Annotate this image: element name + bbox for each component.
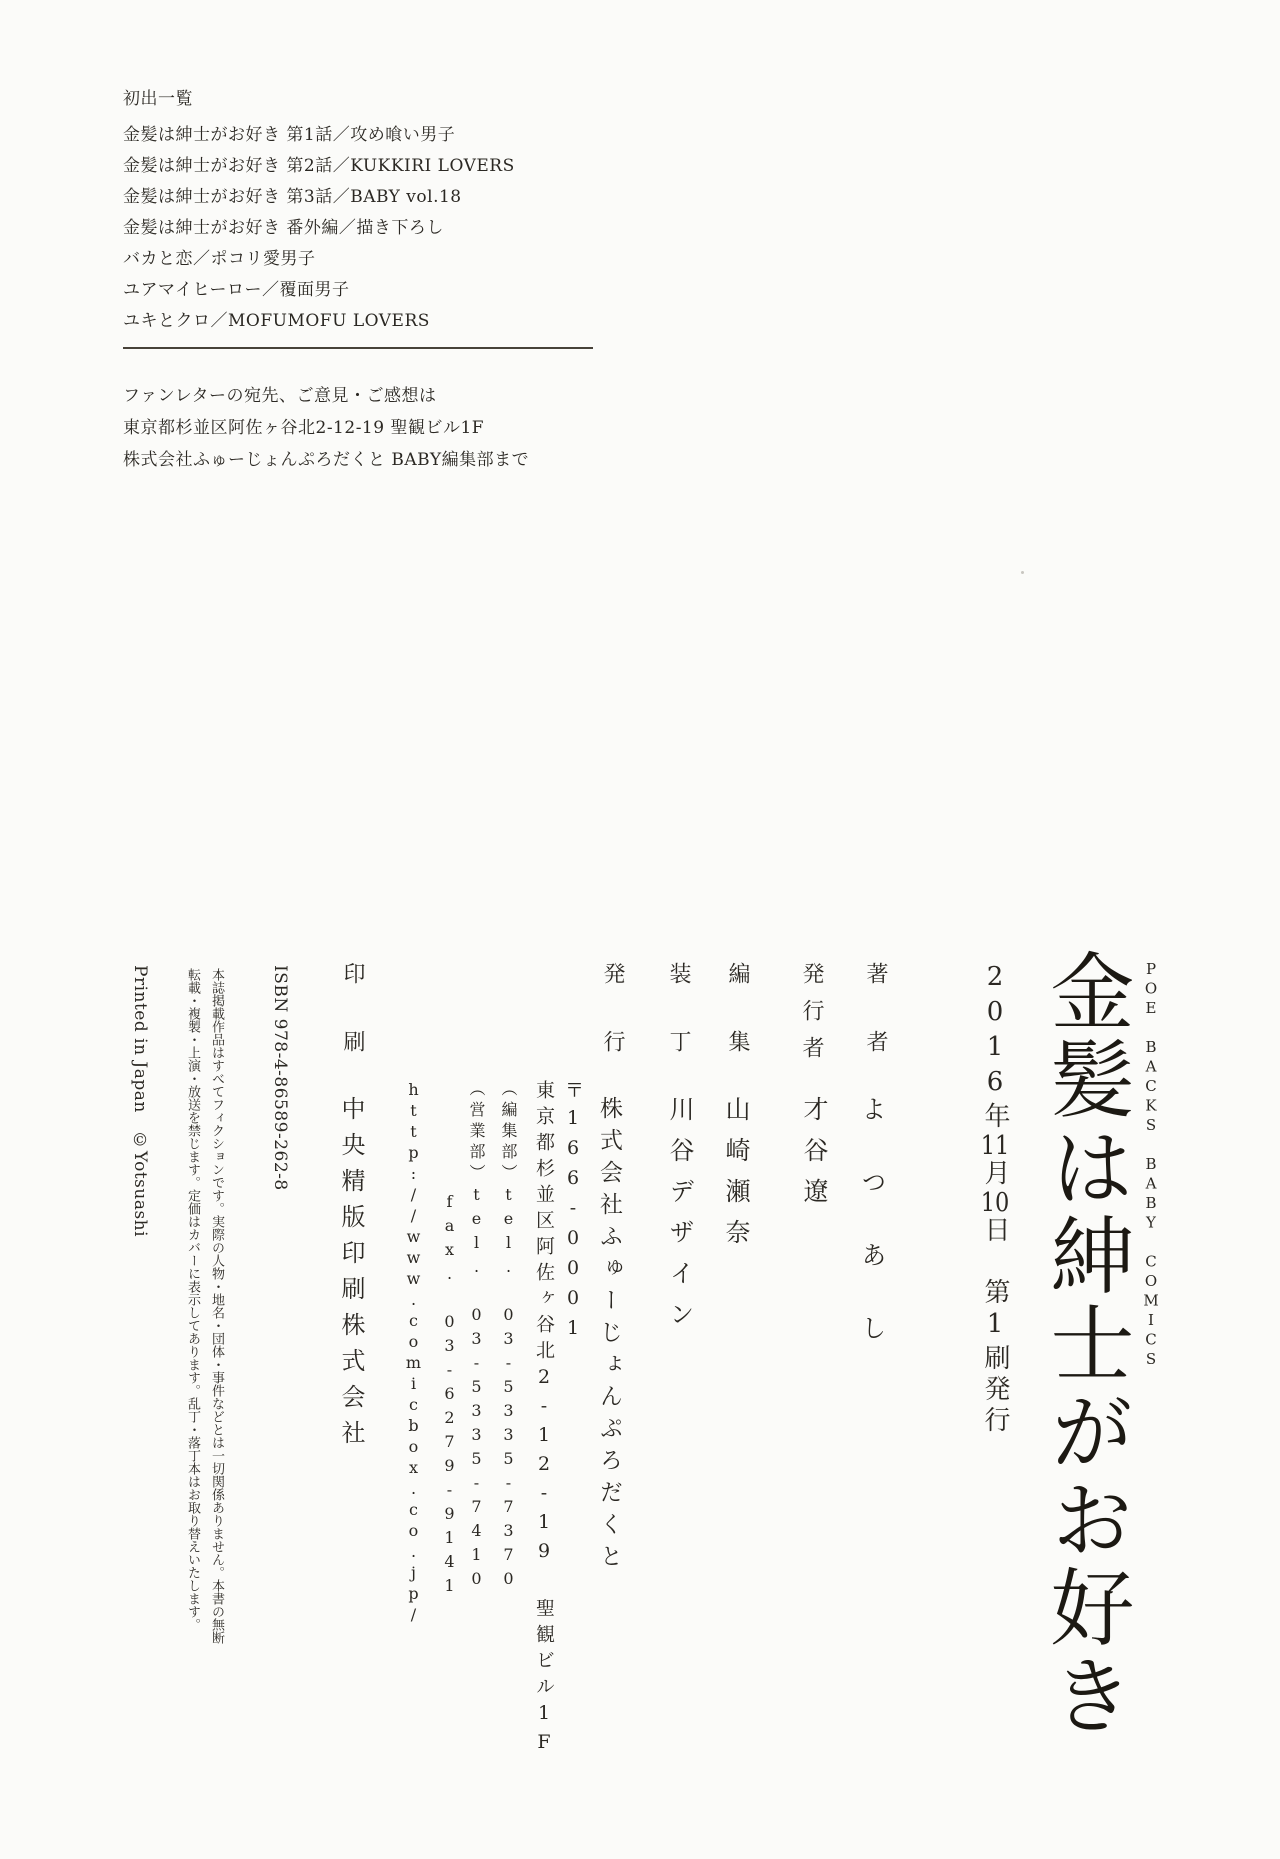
printer-name: 中央精版印刷株式会社 <box>339 1096 363 1456</box>
publisher-address: 東京都杉並区阿佐ヶ谷北2-12-19 聖観ビル1F <box>534 1080 553 1760</box>
publisher-tel-sales: （営業部）tel. 03-5335-7410 <box>468 1080 484 1593</box>
first-publication-entry: 金髪は紳士がお好き 番外編／描き下ろし <box>123 213 444 238</box>
first-publication-entry: 金髪は紳士がお好き 第2話／KUKKIRI LOVERS <box>123 151 515 176</box>
publisher-person-name: 才谷遼 <box>802 1096 827 1219</box>
first-publication-entry: 金髪は紳士がお好き 第3話／BABY vol.18 <box>123 182 462 207</box>
fan-letter-dept: 株式会社ふゅーじょんぷろだくと BABY編集部まで <box>123 445 529 470</box>
printed-in-japan-copyright: Printed in Japan ©Yotsuashi <box>131 965 148 1237</box>
edition-date: 2016年11月10日 第1刷発行 <box>982 962 1008 1437</box>
first-publication-entry: ユキとクロ／MOFUMOFU LOVERS <box>123 306 430 331</box>
publishing-company: 株式会社ふゅーじょんぷろだくと <box>597 1096 620 1576</box>
publisher-fax: fax. 03-6279-9141 <box>441 1192 457 1600</box>
publisher-postal-code: 〒166-0001 <box>563 1080 582 1347</box>
designer-name: 川谷デザイン <box>668 1096 693 1342</box>
first-publication-entry: バカと恋／ポコリ愛男子 <box>123 244 316 269</box>
first-publication-entry: 金髪は紳士がお好き 第1話／攻め喰い男子 <box>123 120 455 145</box>
author-name: よつあし <box>860 1096 885 1388</box>
publishing-role: 発行 <box>601 962 623 1098</box>
isbn-number: ISBN 978-4-86589-262-8 <box>271 965 288 1191</box>
editor-name: 山崎瀬奈 <box>724 1096 749 1260</box>
colophon-page: 初出一覧 金髪は紳士がお好き 第1話／攻め喰い男子 金髪は紳士がお好き 第2話／… <box>0 0 1280 1859</box>
divider-rule <box>123 347 593 349</box>
publisher-person-role: 発行者 <box>800 962 822 1073</box>
fan-letter-address: 東京都杉並区阿佐ヶ谷北2-12-19 聖観ビル1F <box>123 413 484 438</box>
imprint-label: POE BACKS BABY COMICS <box>1143 960 1158 1370</box>
designer-role: 装丁 <box>667 962 689 1098</box>
author-role: 著者 <box>864 962 886 1098</box>
scan-speck <box>1021 571 1024 574</box>
first-publication-heading: 初出一覧 <box>123 84 193 109</box>
publisher-url: http://www.comicbox.co.jp/ <box>405 1080 421 1626</box>
editor-role: 編集 <box>726 962 748 1098</box>
book-title: 金髪は紳士がお好き <box>1044 948 1128 1740</box>
first-publication-entry: ユアマイヒーロー／覆面男子 <box>123 275 349 300</box>
publisher-tel-editorial: （編集部）tel. 03-5335-7370 <box>500 1080 516 1593</box>
printer-role: 印刷 <box>341 962 363 1098</box>
fan-letter-intro: ファンレターの宛先、ご意見・ご感想は <box>123 381 437 406</box>
legal-disclaimer: 本誌掲載作品はすべてフィクションです。実際の人物・地名・団体・事件などとは一切関… <box>180 968 228 1648</box>
